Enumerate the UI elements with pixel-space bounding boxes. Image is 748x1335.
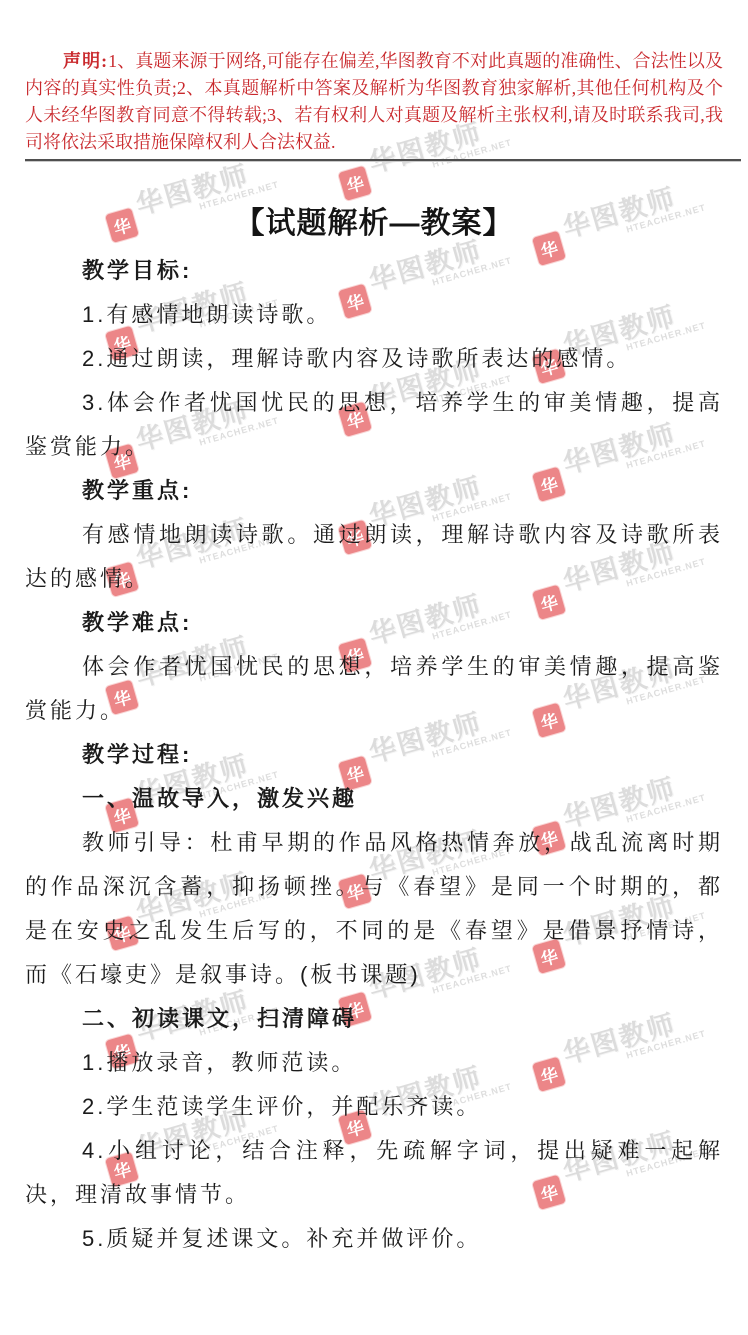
paragraph: 4.小组讨论，结合注释，先疏解字词，提出疑难一起解决，理清故事情节。: [25, 1129, 723, 1217]
disclaimer-text: 声明:1、真题来源于网络,可能存在偏差,华图教育不对此真题的准确性、合法性以及内…: [25, 48, 723, 156]
divider-rule: [25, 159, 741, 162]
document-page: 华华图教师HTEACHER.NET华华图教师HTEACHER.NET华华图教师H…: [0, 0, 748, 1335]
section-heading: 教学过程:: [25, 733, 723, 777]
section-heading: 二、初读课文，扫清障碍: [25, 997, 723, 1041]
paragraph: 体会作者忧国忧民的思想，培养学生的审美情趣，提高鉴赏能力。: [25, 645, 723, 733]
paragraph: 1.播放录音，教师范读。: [25, 1041, 723, 1085]
section-heading: 教学目标:: [25, 249, 723, 293]
paragraph: 2.通过朗读，理解诗歌内容及诗歌所表达的感情。: [25, 337, 723, 381]
paragraph: 教师引导：杜甫早期的作品风格热情奔放，战乱流离时期的作品深沉含蓄，抑扬顿挫。与《…: [25, 821, 723, 997]
disclaimer-label: 声明:: [63, 51, 108, 71]
disclaimer-body: 1、真题来源于网络,可能存在偏差,华图教育不对此真题的准确性、合法性以及内容的真…: [25, 51, 723, 152]
paragraph: 3.体会作者忧国忧民的思想，培养学生的审美情趣，提高鉴赏能力。: [25, 381, 723, 469]
section-heading: 教学难点:: [25, 601, 723, 645]
paragraph: 1.有感情地朗读诗歌。: [25, 293, 723, 337]
paragraph: 有感情地朗读诗歌。通过朗读，理解诗歌内容及诗歌所表达的感情。: [25, 513, 723, 601]
document-content: 声明:1、真题来源于网络,可能存在偏差,华图教育不对此真题的准确性、合法性以及内…: [0, 0, 748, 1261]
document-title: 【试题解析—教案】: [25, 204, 723, 244]
paragraph: 5.质疑并复述课文。补充并做评价。: [25, 1217, 723, 1261]
section-heading: 教学重点:: [25, 469, 723, 513]
paragraph: 2.学生范读学生评价，并配乐齐读。: [25, 1085, 723, 1129]
document-body: 教学目标:1.有感情地朗读诗歌。2.通过朗读，理解诗歌内容及诗歌所表达的感情。3…: [25, 249, 723, 1261]
section-heading: 一、温故导入，激发兴趣: [25, 777, 723, 821]
